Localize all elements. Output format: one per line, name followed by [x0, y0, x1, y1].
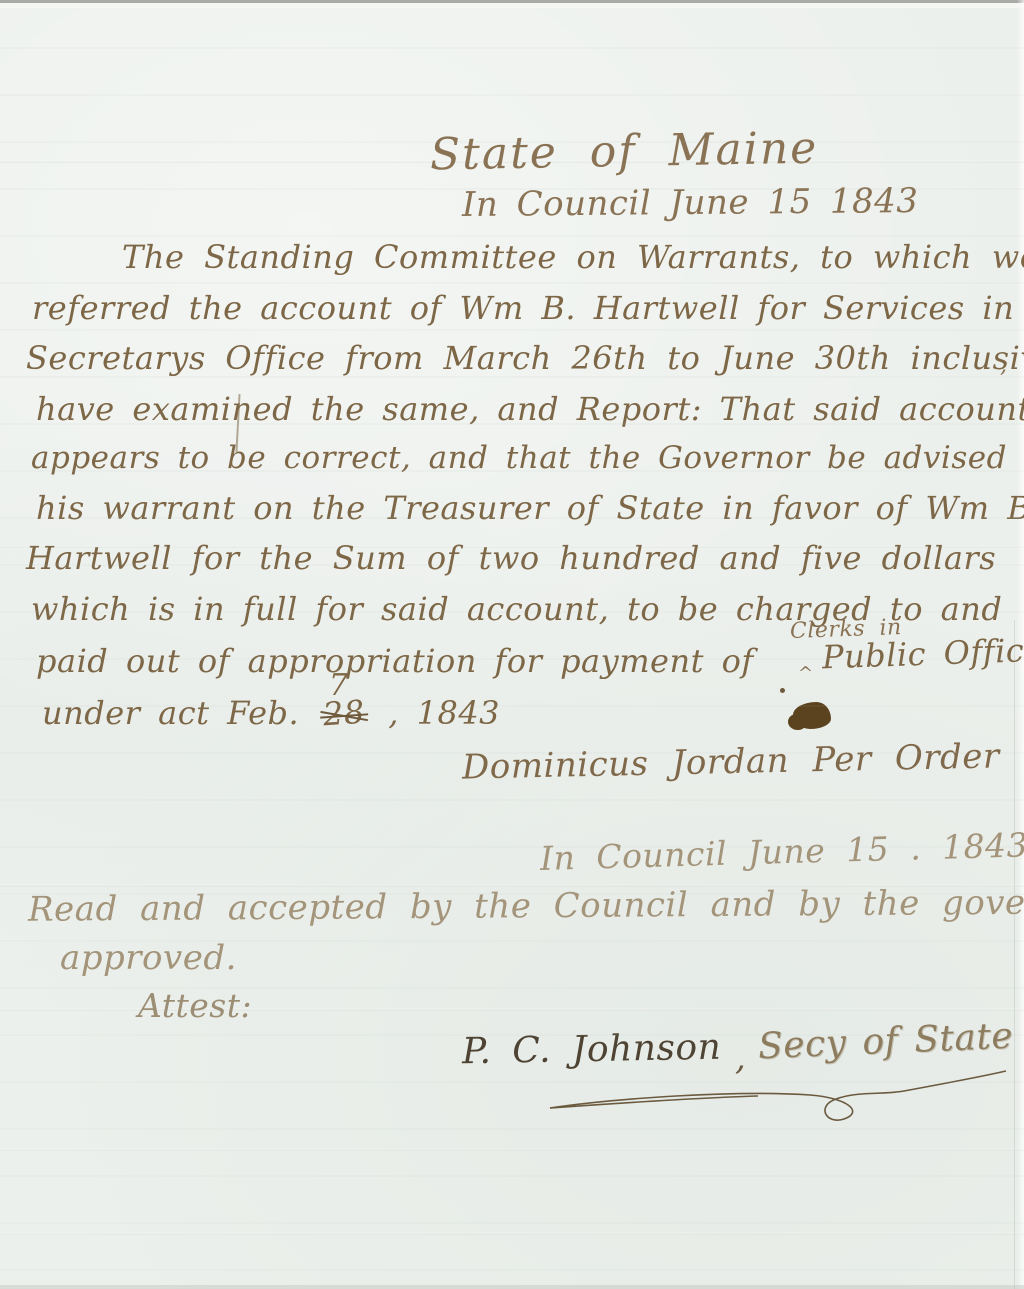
acceptance-line: Read and accepted by the Council and by … — [28, 884, 1024, 929]
body-line: his warrant on the Treasurer of State in… — [36, 491, 1024, 526]
body-line-appropriation: paid out of appropriation for payment of — [36, 644, 754, 679]
attest-label: Attest: — [138, 988, 252, 1024]
body-line: Secretarys Office from March 26th to Jun… — [26, 341, 1024, 376]
body-line: Hartwell for the Sum of two hundred and … — [26, 541, 996, 576]
corrected-number: 7 — [329, 669, 349, 702]
scan-bottom-edge — [0, 1285, 1024, 1289]
document-dateline: In Council June 15 1843 — [462, 183, 919, 224]
date-correction: 28 7 — [323, 696, 365, 731]
body-line: appears to be correct, and that the Gove… — [31, 441, 1024, 475]
paper-crease — [0, 1232, 1024, 1235]
document-title: State of Maine — [430, 125, 819, 180]
act-date-before: under act Feb. — [42, 694, 299, 732]
ink-blot-lobe — [788, 714, 806, 730]
scan-right-line — [1014, 620, 1015, 1289]
stray-tick-mark: , — [1000, 354, 1008, 378]
body-line-appropriation-end: Public Officers — [821, 632, 1024, 676]
body-line: referred the account of Wm B. Hartwell f… — [32, 291, 1014, 326]
body-line: have examined the same, and Report: That… — [36, 392, 1024, 427]
body-line: The Standing Committee on Warrants, to w… — [122, 240, 1024, 275]
acceptance-line-approved: approved. — [60, 940, 237, 977]
caret-mark: ^ — [798, 664, 814, 684]
secretary-signature: P. C. Johnson — [462, 1028, 722, 1072]
paper-crease — [0, 1148, 1024, 1151]
signature-flourish — [548, 1068, 1008, 1134]
act-date-after: , 1843 — [388, 694, 500, 732]
council-action-dateline: In Council June 15 . 1843. — [540, 827, 1024, 877]
body-line-act-date: under act Feb. 28 7 , 1843 — [42, 696, 500, 731]
flourish-drawing — [548, 1068, 1008, 1130]
manuscript-page: State of Maine In Council June 15 1843 T… — [0, 0, 1024, 1289]
ink-dot — [780, 688, 785, 693]
committee-signature: Dominicus Jordan Per Order — [462, 738, 1000, 787]
scan-top-highlight — [0, 3, 1024, 8]
secretary-title: Secy of State — [757, 1017, 1014, 1067]
